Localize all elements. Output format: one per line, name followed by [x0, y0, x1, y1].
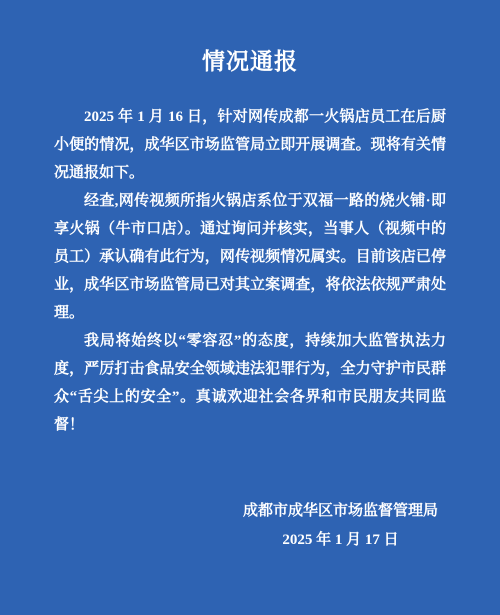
signature-inner: 成都市成华区市场监督管理局 2025 年 1 月 17 日 [243, 497, 438, 555]
notice-sheet: 情况通报 2025 年 1 月 16 日，针对网传成都一火锅店员工在后厨小便的情… [0, 0, 500, 615]
issuing-authority: 成都市成华区市场监督管理局 [243, 497, 438, 526]
signature-block: 成都市成华区市场监督管理局 2025 年 1 月 17 日 [0, 497, 438, 555]
issue-date: 2025 年 1 月 17 日 [243, 526, 438, 555]
notice-body: 2025 年 1 月 16 日，针对网传成都一火锅店员工在后厨小便的情况，成华区… [54, 103, 446, 439]
notice-paragraph-2: 经查,网传视频所指火锅店系位于双福一路的烧火铺·即享火锅（牛市口店）。通过询问并… [54, 187, 446, 327]
notice-title: 情况通报 [0, 0, 500, 76]
notice-paragraph-3: 我局将始终以“零容忍”的态度，持续加大监管执法力度，严厉打击食品安全领域违法犯罪… [54, 327, 446, 439]
notice-paragraph-1: 2025 年 1 月 16 日，针对网传成都一火锅店员工在后厨小便的情况，成华区… [54, 103, 446, 187]
